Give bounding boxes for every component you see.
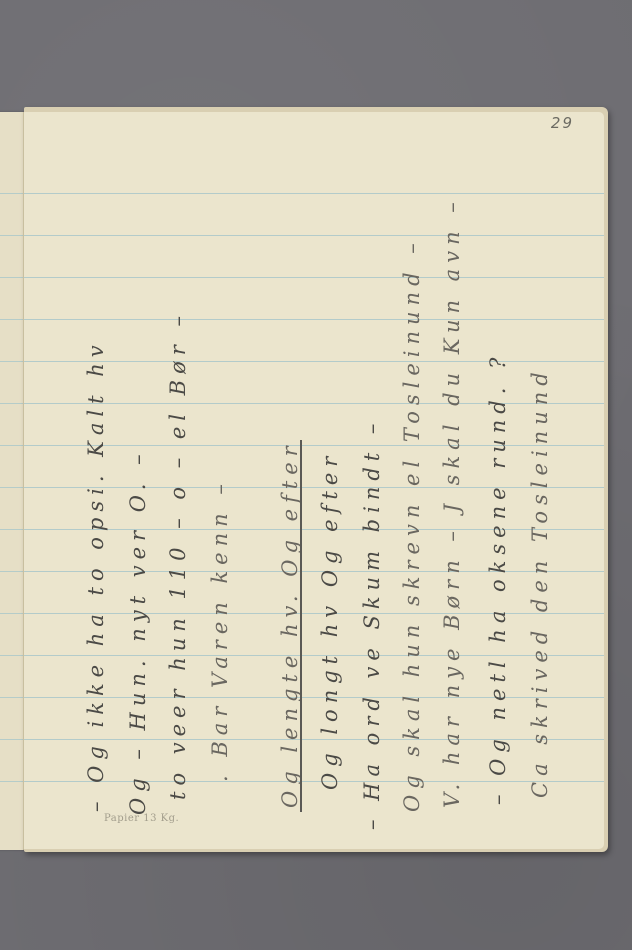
handwritten-line-9: V. har nye Børn – J skal du Kun avn – — [440, 196, 464, 808]
ruling-line — [24, 193, 604, 194]
handwritten-line-11: Ca skrived den Tosleinund — [528, 366, 552, 798]
ruling-line — [24, 655, 604, 656]
handwritten-line-6: Og longt hv Og efter — [318, 451, 342, 790]
handwritten-line-10: – Og netl ha oksene rund. ? — [486, 352, 510, 805]
ruling-line — [24, 697, 604, 698]
ruling-line — [24, 445, 604, 446]
handwritten-line-8: Og skal hun skrevn el Tosleinund – — [400, 237, 424, 812]
ruling-line — [24, 487, 604, 488]
handwritten-line-5-struck: Og lengte hv. Og efter — [278, 440, 302, 808]
facing-page-edge — [0, 112, 24, 850]
handwritten-line-7: – Ha ord ve Skum bindt – — [360, 418, 384, 830]
ruling-line — [24, 319, 604, 320]
handwritten-line-2: Og – Hun. nyt ver O. – — [126, 448, 150, 815]
handwritten-line-3: to veer hun 110 – o – el Bør – — [166, 310, 190, 800]
ruling-line — [24, 403, 604, 404]
handwritten-line-4: . Bar Varen kenn – — [208, 478, 232, 782]
ruling-line — [24, 361, 604, 362]
ruling-line — [24, 613, 604, 614]
ruling-line — [24, 529, 604, 530]
ruling-line — [24, 571, 604, 572]
ruling-line — [24, 781, 604, 782]
ruling-line — [24, 277, 604, 278]
notebook-page: 29 Papier 13 Kg. — [23, 112, 604, 849]
handwritten-line-1: – Og ikke ha to opsi. Kalt hv — [84, 339, 108, 812]
strikethrough-line — [300, 440, 302, 812]
ruling-line — [24, 739, 604, 740]
page-number: 29 — [551, 114, 574, 132]
ruling-line — [24, 235, 604, 236]
